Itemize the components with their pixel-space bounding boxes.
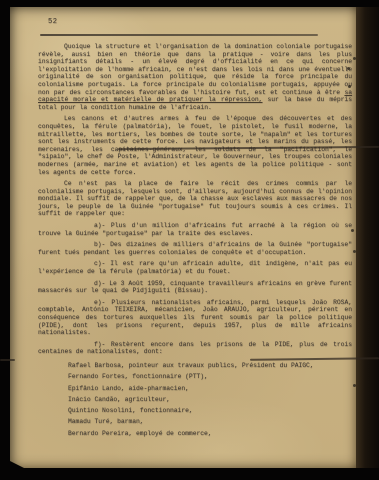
- list-item-f: f)- Restèrent encore dans les prisons de…: [38, 341, 352, 356]
- scan-border-left: [0, 0, 10, 480]
- document-body: Quoique la structure et l'organisation d…: [38, 43, 352, 439]
- list-item-c: c)- Il est rare qu'un africain adulte, d…: [38, 260, 352, 275]
- prisoner-name: Rafael Barbosa, pointeur aux travaux pub…: [68, 360, 352, 371]
- margin-mark: [351, 229, 354, 232]
- list-item-b: b)- Des dizaines de milliers d'africains…: [38, 241, 352, 256]
- prisoner-name: Inácio Candão, agriculteur,: [68, 394, 352, 405]
- prisoner-name: Quintino Nosolini, fonctionnaire,: [68, 405, 352, 416]
- scanned-document-page: 52 Quoique la structure et l'organisatio…: [0, 0, 379, 480]
- scan-border-top: [0, 0, 379, 7]
- prisoner-name: Mamadu Turé, barman,: [68, 416, 352, 427]
- paragraph-1-text: Quoique la structure et l'organisation d…: [38, 43, 352, 96]
- margin-mark: [353, 57, 356, 60]
- margin-mark: [353, 250, 356, 253]
- scan-border-bottom: [0, 468, 379, 480]
- paper-sheet: 52 Quoique la structure et l'organisatio…: [10, 7, 357, 468]
- scan-gutter-right: [356, 0, 379, 480]
- page-number: 52: [48, 18, 57, 26]
- prisoner-name: Epifânio Lando, aide-pharmacien,: [68, 383, 352, 394]
- list-item-a: a)- Plus d'un million d'africains fut ar…: [38, 222, 352, 237]
- paragraph-3: Ce n'est pas la place de faire le récit …: [38, 180, 352, 218]
- header-rule: [40, 34, 318, 36]
- margin-mark: [347, 67, 350, 70]
- prisoner-name: Fernando Fortes, fonctionnaire (PTT),: [68, 371, 352, 382]
- margin-mark: [348, 85, 351, 88]
- list-item-e: e)- Plusieurs nationalistes africains, p…: [38, 299, 352, 337]
- prisoner-name-list: Rafael Barbosa, pointeur aux travaux pub…: [68, 360, 352, 439]
- margin-mark: [353, 384, 356, 387]
- list-item-d: d)- Le 3 Août 1959, cinquante travailleu…: [38, 280, 352, 295]
- paper-corner-fold: [10, 461, 28, 470]
- prisoner-name: Bernardo Pereira, employé de commerce,: [68, 428, 352, 439]
- paragraph-1: Quoique la structure et l'organisation d…: [38, 43, 352, 111]
